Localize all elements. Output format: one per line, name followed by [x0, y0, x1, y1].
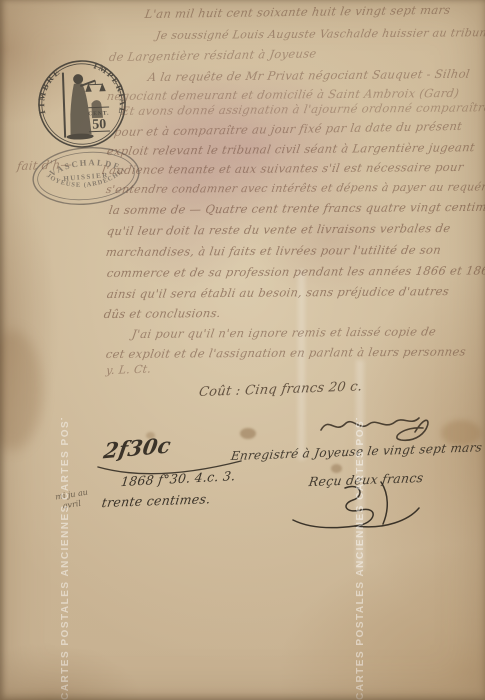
- paper-stain: [331, 464, 342, 473]
- handwriting-line: l'audience tenante et aux suivantes s'il…: [101, 160, 465, 177]
- document-page: TIMBRE IMPERIAL. CENT. 50: [0, 0, 485, 700]
- handwriting-line: L'an mil huit cent soixante huit le ving…: [144, 3, 452, 21]
- bailiff-signature-flourish-icon: [315, 398, 445, 448]
- paper-stain: [240, 428, 256, 439]
- handwriting-line: commerce et de sa profession pendant les…: [106, 263, 485, 280]
- handwriting-line: s'entendre condamner avec intérêts et dé…: [105, 180, 485, 196]
- watermark-strip-right: CARTES POSTALES ANCIENNES CARTES POSTALE…: [355, 418, 371, 700]
- handwriting-line: la somme de — Quatre cent trente francs …: [108, 200, 485, 217]
- handwriting-line: cet exploit et de l'assignation en parla…: [105, 344, 467, 361]
- revenue-stamp-left-arc-text: TIMBRE: [35, 66, 65, 117]
- cost-line: Coût : Cinq francs 20 c.: [198, 379, 363, 400]
- handwriting-line: qu'il leur doit la reste du vente et liv…: [106, 221, 452, 238]
- handwriting-line: ainsi qu'il sera établi au besoin, sans …: [106, 284, 450, 301]
- revenue-stamp-value-block: CENT. 50: [88, 107, 110, 133]
- revenue-stamp-value: 50: [92, 117, 107, 132]
- handwriting-line: J'ai pour qu'il n'en ignore remis et lai…: [131, 324, 437, 341]
- paper-stain: [0, 330, 42, 450]
- revenue-stamp-cent-label: CENT.: [88, 111, 109, 118]
- handwriting-line: y. L. Ct.: [105, 362, 152, 377]
- handwriting-line: dûs et conclusions.: [103, 306, 222, 321]
- handwriting-line: A la requête de Mr Privat négociant Sauq…: [147, 67, 471, 84]
- handwriting-line: exploit relevant le tribunal civil séant…: [106, 140, 476, 158]
- registration-line: trente centimes.: [101, 491, 212, 510]
- handwriting-overlay-note: fait d'h—: [16, 157, 73, 173]
- handwriting-line: Je soussigné Louis Auguste Vaschalde hui…: [155, 26, 485, 42]
- handwriting-line: Et avons donné assignation à l'ajourné o…: [120, 100, 485, 118]
- handwriting-line: marchandises, à lui faits et livrées pou…: [105, 243, 442, 259]
- svg-text:TIMBRE: TIMBRE: [35, 66, 65, 117]
- watermark-strip-left: CARTES POSTALES ANCIENNES CARTES POSTALE…: [60, 418, 76, 700]
- handwriting-line: de Largentière résidant à Joyeuse: [108, 46, 318, 64]
- handwriting-line: pour et à comparaître au jour fixé par l…: [113, 119, 463, 139]
